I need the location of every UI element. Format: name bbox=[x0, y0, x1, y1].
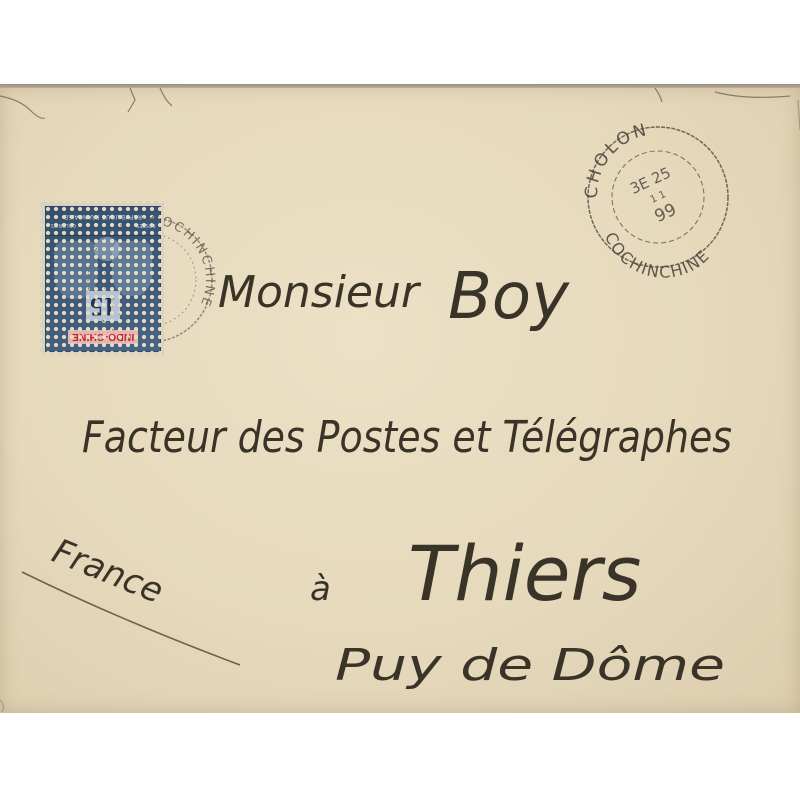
city-text: Thiers bbox=[408, 529, 641, 618]
country-text: France bbox=[47, 531, 169, 611]
address-preposition-text: à bbox=[310, 569, 331, 609]
recipient-name-text: Boy bbox=[448, 260, 570, 334]
salutation-text: Monsieur bbox=[218, 267, 422, 318]
recipient-title-text: Facteur des Postes et Télégraphes bbox=[82, 412, 732, 463]
handwritten-address: Monsieur Boy Facteur des Postes et Télég… bbox=[0, 0, 800, 800]
region-text: Puy de Dôme bbox=[335, 640, 725, 691]
